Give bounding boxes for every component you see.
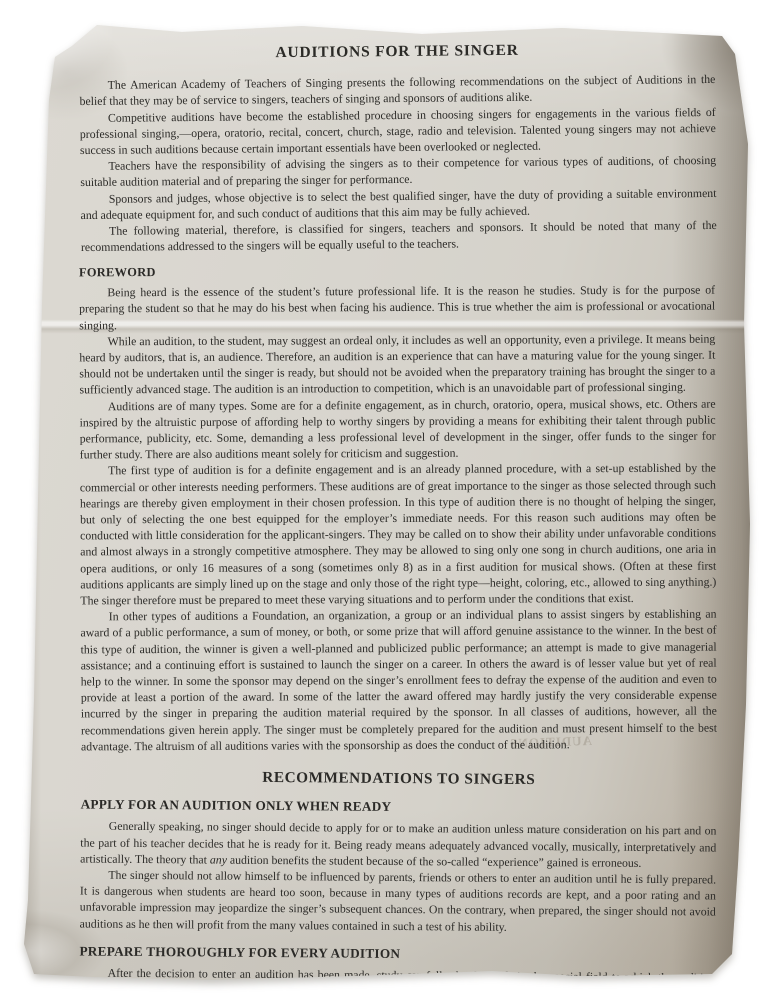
prepare-thoroughly-heading: PREPARE THOROUGHLY FOR EVERY AUDITION bbox=[79, 943, 715, 964]
intro-paragraph: Competitive auditions have become the es… bbox=[80, 104, 716, 159]
apply-paragraph: Generally speaking, no singer should dec… bbox=[80, 817, 716, 871]
foreword-paragraph: Being heard is the essence of the studen… bbox=[79, 282, 715, 333]
paper-shadow-wrap: AUDITIONS AUDITIONS FOR THE SINGER The A… bbox=[22, 24, 752, 980]
document-title: AUDITIONS FOR THE SINGER bbox=[79, 41, 715, 63]
foreword-paragraph: While an audition, to the student, may s… bbox=[79, 331, 715, 399]
foreword-paragraph: The first type of audition is for a defi… bbox=[80, 460, 717, 609]
apply-paragraph-emphasis: any bbox=[210, 852, 227, 866]
foreword-section: FOREWORD Being heard is the essence of t… bbox=[79, 262, 717, 755]
paper-sheet: AUDITIONS AUDITIONS FOR THE SINGER The A… bbox=[22, 24, 752, 980]
foreword-paragraph: In other types of auditions a Foundation… bbox=[80, 606, 717, 755]
apply-when-ready-heading: APPLY FOR AN AUDITION ONLY WHEN READY bbox=[81, 796, 717, 817]
apply-paragraph-text: audition benefits the student because of… bbox=[227, 852, 641, 869]
document-photo: AUDITIONS AUDITIONS FOR THE SINGER The A… bbox=[0, 0, 775, 1000]
foreword-paragraph: Auditions are of many types. Some are fo… bbox=[80, 396, 716, 464]
apply-paragraph: The singer should not allow himself to b… bbox=[80, 866, 716, 936]
prepare-paragraph: After the decision to enter an audition … bbox=[79, 964, 715, 980]
recommendations-heading: RECOMMENDATIONS TO SINGERS bbox=[81, 768, 717, 789]
foreword-heading: FOREWORD bbox=[79, 262, 715, 281]
intro-section: AUDITIONS FOR THE SINGER The American Ac… bbox=[79, 41, 717, 256]
document-content: AUDITIONS FOR THE SINGER The American Ac… bbox=[22, 24, 752, 980]
intro-paragraph: The following material, therefore, is cl… bbox=[81, 217, 717, 256]
recommendations-section: RECOMMENDATIONS TO SINGERS APPLY FOR AN … bbox=[79, 768, 717, 980]
